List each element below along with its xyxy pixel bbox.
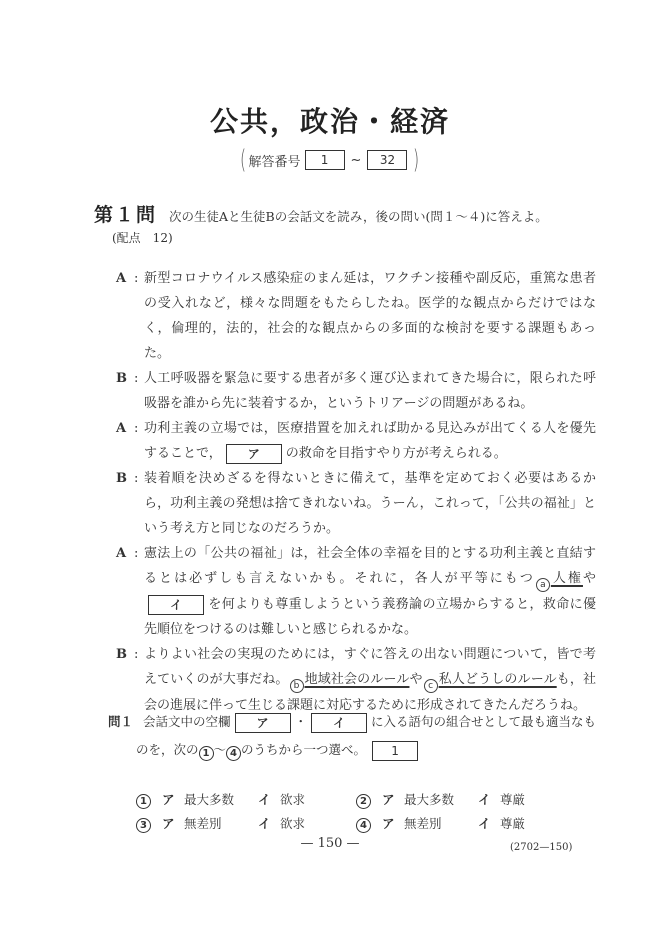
question-number: 第１問 <box>94 200 157 227</box>
choice-2[interactable]: 2 ア 最大多数 イ 尊厳 <box>356 790 576 809</box>
dialog-text: 装着順を決めざるを得ないときに備えて，基準を定めておく必要はあるから，功利主義の… <box>144 466 596 541</box>
speaker-label: B <box>116 466 134 541</box>
q1-blank-i: イ <box>311 713 367 733</box>
choice-1[interactable]: 1 ア 最大多数 イ 欲求 <box>136 790 356 809</box>
dialog-turn: B: 人工呼吸器を緊急に要する患者が多く運び込まれてきた場合に，限られた呼吸器を… <box>116 366 596 416</box>
answer-range-to: 32 <box>367 150 407 170</box>
dialog-text: 新型コロナウイルス感染症のまん延は，ワクチン接種や副反応，重篤な患者の受入れなど… <box>144 266 596 366</box>
answer-range-label: 解答番号 <box>249 151 301 170</box>
speaker-label: B <box>116 642 134 718</box>
sub-question-1: 問１会話文中の空欄ア・イに入る語句の組合せとして最も適当なも のを，次の1～4の… <box>108 708 598 764</box>
underlined-community-rules: 地域社会のルール <box>305 672 410 687</box>
dialog-turn: A: 新型コロナウイルス感染症のまん延は，ワクチン接種や副反応，重篤な患者の受入… <box>116 266 596 366</box>
right-paren: ) <box>413 150 419 170</box>
choice-3[interactable]: 3 ア 無差別 イ 欲求 <box>136 814 356 833</box>
blank-a: ア <box>226 444 282 464</box>
underlined-private-rules: 私人どうしのルール <box>439 672 557 687</box>
q1-label: 問１ <box>108 714 133 729</box>
answer-range-from: 1 <box>305 150 345 170</box>
circled-number: 4 <box>356 818 371 833</box>
dialog: A: 新型コロナウイルス感染症のまん延は，ワクチン接種や副反応，重篤な患者の受入… <box>116 266 596 718</box>
circled-number: 2 <box>356 794 371 809</box>
speaker-label: A <box>116 541 134 642</box>
blank-i: イ <box>148 595 204 615</box>
marker-b: b <box>290 679 304 693</box>
q1-blank-a: ア <box>235 713 291 733</box>
question-instruction: 次の生徒Aと生徒Bの会話文を読み，後の問い(問１～４)に答えよ。 <box>169 207 548 225</box>
speaker-label: B <box>116 366 134 416</box>
page-title: 公共，政治・経済 <box>0 100 660 140</box>
answer-number-box: 1 <box>372 741 418 761</box>
choice-row: 1 ア 最大多数 イ 欲求 2 ア 最大多数 イ 尊厳 <box>136 787 576 811</box>
speaker-label: A <box>116 416 134 466</box>
dialog-text: 憲法上の「公共の福祉」は，社会全体の幸福を目的とする功利主義と直結するとは必ずし… <box>144 541 596 642</box>
underlined-human-rights: 人権 <box>551 571 583 586</box>
document-code: (2702—150) <box>510 842 572 853</box>
choice-row: 3 ア 無差別 イ 欲求 4 ア 無差別 イ 尊厳 <box>136 811 576 835</box>
dialog-turn: A: 功利主義の立場では，医療措置を加えれば助かる見込みが出てくる人を優先するこ… <box>116 416 596 466</box>
dialog-text: 功利主義の立場では，医療措置を加えれば助かる見込みが出てくる人を優先することで，… <box>144 416 596 466</box>
circled-number-1: 1 <box>199 746 214 761</box>
speaker-label: A <box>116 266 134 366</box>
dialog-turn: B: よりよい社会の実現のためには，すぐに答えの出ない問題について，皆で考えてい… <box>116 642 596 718</box>
dialog-turn: B: 装着順を決めざるを得ないときに備えて，基準を定めておく必要はあるから，功利… <box>116 466 596 541</box>
left-paren: ( <box>240 150 246 170</box>
q1-line-2: のを，次の1～4のうちから一つ選べ。1 <box>108 736 598 764</box>
dialog-text: 人工呼吸器を緊急に要する患者が多く運び込まれてきた場合に，限られた呼吸器を誰から… <box>144 366 596 416</box>
answer-range-tilde: ~ <box>351 153 362 168</box>
circled-number: 1 <box>136 794 151 809</box>
choice-4[interactable]: 4 ア 無差別 イ 尊厳 <box>356 814 576 833</box>
circled-number: 3 <box>136 818 151 833</box>
answer-number-range: ( 解答番号 1 ~ 32 ) <box>0 150 660 170</box>
answer-choices: 1 ア 最大多数 イ 欲求 2 ア 最大多数 イ 尊厳 3 ア 無差別 イ 欲求… <box>136 787 576 835</box>
dialog-text: よりよい社会の実現のためには，すぐに答えの出ない問題について，皆で考えていくのが… <box>144 642 596 718</box>
dialog-turn: A: 憲法上の「公共の福祉」は，社会全体の幸福を目的とする功利主義と直結するとは… <box>116 541 596 642</box>
q1-line-1: 問１会話文中の空欄ア・イに入る語句の組合せとして最も適当なも <box>108 708 598 736</box>
marker-c: c <box>424 679 438 693</box>
circled-number-4: 4 <box>226 746 241 761</box>
question-header: 第１問 次の生徒Aと生徒Bの会話文を読み，後の問い(問１～４)に答えよ。 <box>94 200 548 227</box>
question-score: (配点 12) <box>112 229 173 246</box>
marker-a: a <box>536 578 550 592</box>
